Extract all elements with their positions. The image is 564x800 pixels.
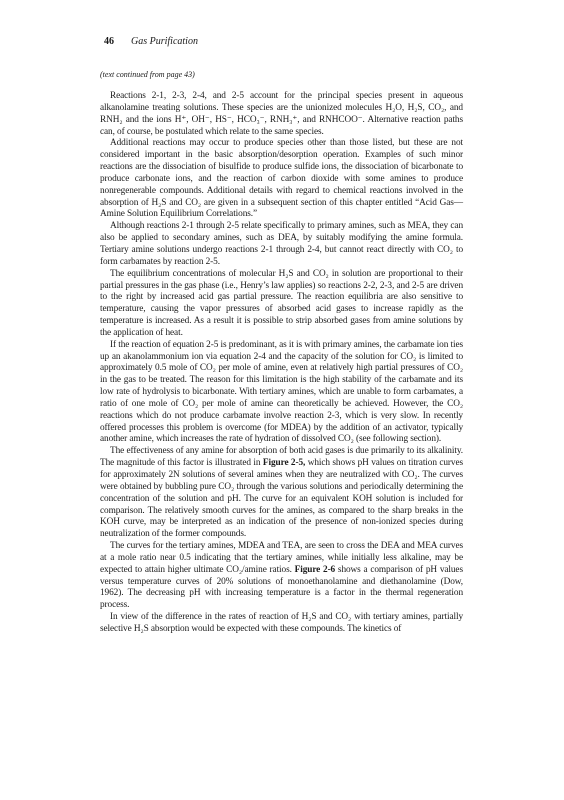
text-run: If the reaction of equation 2-5 is predo… [100, 340, 463, 445]
book-page: 46Gas Purification (text continued from … [0, 0, 564, 800]
page-number: 46 [104, 36, 114, 47]
text-run: Although reactions 2-1 through 2-5 relat… [100, 221, 463, 267]
text-run: Additional reactions may occur to produc… [100, 138, 463, 219]
running-title: Gas Purification [131, 36, 198, 47]
text-run: Reactions 2-1, 2-3, 2-4, and 2-5 account… [100, 91, 463, 137]
paragraph: The effectiveness of any amine for absor… [100, 446, 463, 541]
paragraph: Although reactions 2-1 through 2-5 relat… [100, 221, 463, 268]
paragraph: The curves for the tertiary amines, MDEA… [100, 541, 463, 612]
page-header: 46Gas Purification [104, 36, 198, 47]
paragraph: The equilibrium concentrations of molecu… [100, 269, 463, 340]
text-run: The equilibrium concentrations of molecu… [100, 269, 463, 338]
text-run: which shows pH values on titration curve… [100, 458, 463, 539]
paragraph: If the reaction of equation 2-5 is predo… [100, 340, 463, 447]
text-run: In view of the difference in the rates o… [100, 612, 463, 634]
paragraph: In view of the difference in the rates o… [100, 612, 463, 636]
figure-reference: Figure 2-5, [263, 458, 305, 468]
paragraph: Additional reactions may occur to produc… [100, 138, 463, 221]
body-text: Reactions 2-1, 2-3, 2-4, and 2-5 account… [100, 91, 463, 636]
continuation-note: (text continued from page 43) [100, 70, 195, 79]
figure-reference: Figure 2-6 [295, 565, 335, 575]
paragraph: Reactions 2-1, 2-3, 2-4, and 2-5 account… [100, 91, 463, 138]
